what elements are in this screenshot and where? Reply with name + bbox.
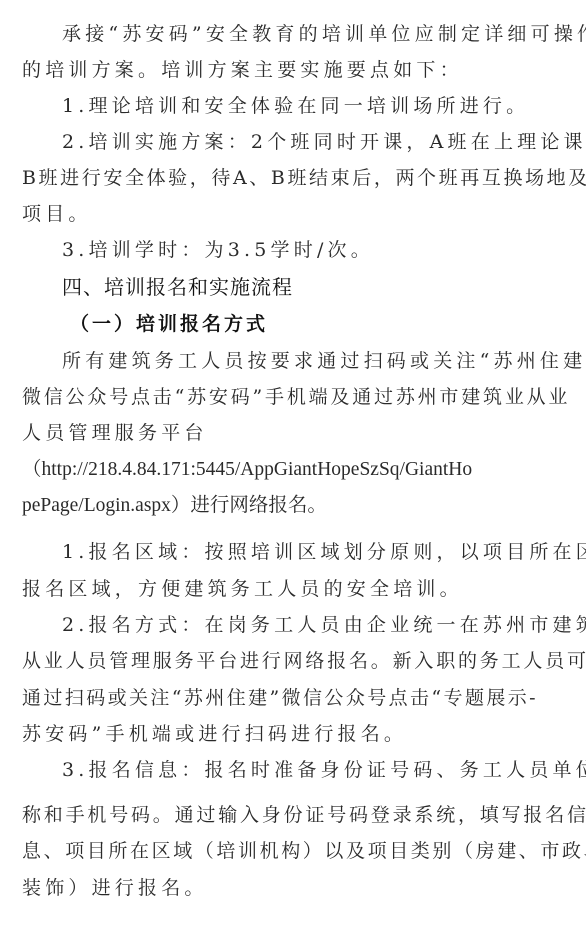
list-item-line: 从业人员管理服务平台进行网络报名。新入职的务工人员可 bbox=[22, 649, 582, 673]
paragraph-line: 承接“苏安码”安全教育的培训单位应制定详细可操作 bbox=[62, 22, 586, 46]
list-item-line: 称和手机号码。通过输入身份证号码登录系统，填写报名信 bbox=[22, 803, 582, 827]
paragraph-line: 所有建筑务工人员按要求通过扫码或关注“苏州住建” bbox=[62, 349, 586, 373]
list-item-line: 装饰）进行报名。 bbox=[22, 876, 582, 900]
paragraph-line: 人员管理服务平台 bbox=[22, 421, 582, 445]
list-item-line: B班进行安全体验，待A、B班结束后，两个班再互换场地及 bbox=[22, 166, 582, 190]
list-item-line: 息、项目所在区域（培训机构）以及项目类别（房建、市政、 bbox=[22, 839, 582, 863]
list-item-line: 2.报名方式：在岗务工人员由企业统一在苏州市建筑业 bbox=[62, 613, 586, 637]
subsection-heading: （一）培训报名方式 bbox=[70, 312, 586, 336]
list-item-line: 1.理论培训和安全体验在同一培训场所进行。 bbox=[62, 94, 586, 118]
paragraph-line: 的培训方案。培训方案主要实施要点如下： bbox=[22, 58, 582, 82]
list-item-line: 项目。 bbox=[22, 202, 582, 226]
list-item-line: 3.报名信息：报名时准备身份证号码、务工人员单位名 bbox=[62, 758, 586, 782]
list-item-line: 苏安码”手机端或进行扫码进行报名。 bbox=[22, 722, 582, 746]
document-page: 承接“苏安码”安全教育的培训单位应制定详细可操作 的培训方案。培训方案主要实施要… bbox=[0, 0, 586, 935]
url-line: pePage/Login.aspx）进行网络报名。 bbox=[22, 494, 582, 518]
list-item-line: 报名区域，方便建筑务工人员的安全培训。 bbox=[22, 577, 582, 601]
paragraph-line: 微信公众号点击“苏安码”手机端及通过苏州市建筑业从业 bbox=[22, 385, 582, 409]
url-line: （http://218.4.84.171:5445/AppGiantHopeSz… bbox=[22, 458, 582, 482]
list-item-line: 通过扫码或关注“苏州住建”微信公众号点击“专题展示- bbox=[22, 686, 582, 710]
section-heading: 四、培训报名和实施流程 bbox=[62, 275, 586, 299]
list-item-line: 1.报名区域：按照培训区域划分原则，以项目所在区为 bbox=[62, 540, 586, 564]
list-item-line: 3.培训学时：为3.5学时/次。 bbox=[62, 238, 586, 262]
list-item-line: 2.培训实施方案：2个班同时开课，A班在上理论课时， bbox=[62, 130, 586, 154]
